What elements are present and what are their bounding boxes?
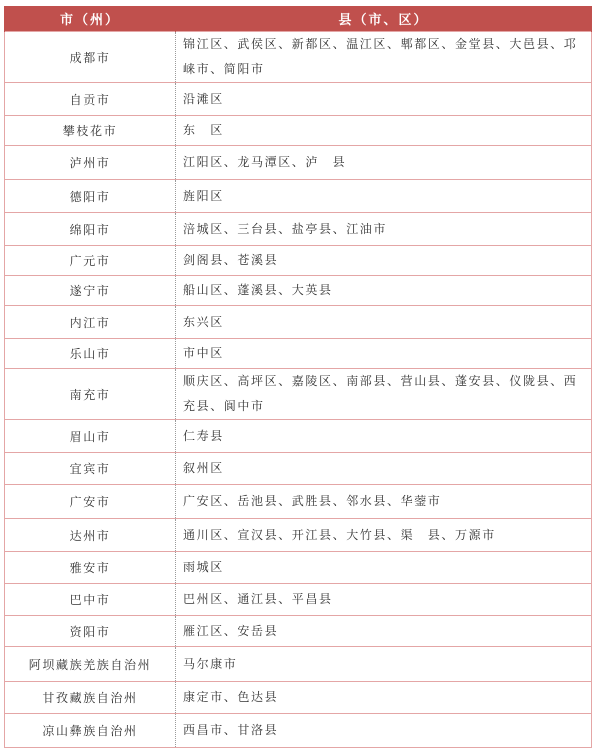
- city-cell: 眉山市: [5, 420, 176, 453]
- table-row: 南充市 顺庆区、高坪区、嘉陵区、南部县、营山县、蓬安县、仪陇县、西充县、阆中市: [5, 369, 592, 420]
- header-counties: 县（市、区）: [176, 6, 592, 32]
- counties-cell: 旌阳区: [176, 180, 592, 213]
- header-city: 市（州）: [5, 6, 176, 32]
- city-cell: 绵阳市: [5, 213, 176, 246]
- city-cell: 资阳市: [5, 616, 176, 647]
- city-cell: 泸州市: [5, 146, 176, 180]
- counties-cell: 顺庆区、高坪区、嘉陵区、南部县、营山县、蓬安县、仪陇县、西充县、阆中市: [176, 369, 592, 420]
- counties-cell: 通川区、宣汉县、开江县、大竹县、渠 县、万源市: [176, 519, 592, 552]
- city-cell: 成都市: [5, 32, 176, 83]
- table-row: 遂宁市 船山区、蓬溪县、大英县: [5, 276, 592, 306]
- city-cell: 广元市: [5, 246, 176, 276]
- counties-cell: 康定市、色达县: [176, 682, 592, 714]
- counties-cell: 船山区、蓬溪县、大英县: [176, 276, 592, 306]
- city-cell: 遂宁市: [5, 276, 176, 306]
- city-county-table: 市（州） 县（市、区） 成都市 锦江区、武侯区、新都区、温江区、郫都区、金堂县、…: [4, 6, 592, 748]
- city-cell: 自贡市: [5, 83, 176, 116]
- counties-cell: 雨城区: [176, 552, 592, 584]
- counties-cell: 锦江区、武侯区、新都区、温江区、郫都区、金堂县、大邑县、邛崃市、简阳市: [176, 32, 592, 83]
- table-row: 凉山彝族自治州 西昌市、甘洛县: [5, 714, 592, 748]
- city-cell: 达州市: [5, 519, 176, 552]
- counties-cell: 东兴区: [176, 306, 592, 339]
- table-row: 绵阳市 涪城区、三台县、盐亭县、江油市: [5, 213, 592, 246]
- counties-cell: 叙州区: [176, 453, 592, 485]
- table-row: 内江市 东兴区: [5, 306, 592, 339]
- city-cell: 广安市: [5, 485, 176, 519]
- table-row: 攀枝花市 东 区: [5, 116, 592, 146]
- table-row: 资阳市 雁江区、安岳县: [5, 616, 592, 647]
- counties-cell: 江阳区、龙马潭区、泸 县: [176, 146, 592, 180]
- table-row: 德阳市 旌阳区: [5, 180, 592, 213]
- table-row: 广安市 广安区、岳池县、武胜县、邻水县、华蓥市: [5, 485, 592, 519]
- counties-cell: 剑阁县、苍溪县: [176, 246, 592, 276]
- counties-cell: 马尔康市: [176, 647, 592, 682]
- counties-cell: 涪城区、三台县、盐亭县、江油市: [176, 213, 592, 246]
- table-row: 泸州市 江阳区、龙马潭区、泸 县: [5, 146, 592, 180]
- table-row: 广元市 剑阁县、苍溪县: [5, 246, 592, 276]
- city-cell: 南充市: [5, 369, 176, 420]
- table-row: 阿坝藏族羌族自治州 马尔康市: [5, 647, 592, 682]
- table-row: 雅安市 雨城区: [5, 552, 592, 584]
- header-row: 市（州） 县（市、区）: [5, 6, 592, 32]
- table-row: 自贡市 沿滩区: [5, 83, 592, 116]
- city-county-table-container: 市（州） 县（市、区） 成都市 锦江区、武侯区、新都区、温江区、郫都区、金堂县、…: [4, 6, 591, 748]
- counties-cell: 沿滩区: [176, 83, 592, 116]
- table-row: 眉山市 仁寿县: [5, 420, 592, 453]
- city-cell: 阿坝藏族羌族自治州: [5, 647, 176, 682]
- city-cell: 乐山市: [5, 339, 176, 369]
- counties-cell: 仁寿县: [176, 420, 592, 453]
- table-row: 宜宾市 叙州区: [5, 453, 592, 485]
- table-row: 甘孜藏族自治州 康定市、色达县: [5, 682, 592, 714]
- table-body: 成都市 锦江区、武侯区、新都区、温江区、郫都区、金堂县、大邑县、邛崃市、简阳市 …: [5, 32, 592, 748]
- counties-cell: 雁江区、安岳县: [176, 616, 592, 647]
- counties-cell: 市中区: [176, 339, 592, 369]
- counties-cell: 巴州区、通江县、平昌县: [176, 584, 592, 616]
- table-header: 市（州） 县（市、区）: [5, 6, 592, 32]
- table-row: 成都市 锦江区、武侯区、新都区、温江区、郫都区、金堂县、大邑县、邛崃市、简阳市: [5, 32, 592, 83]
- table-row: 达州市 通川区、宣汉县、开江县、大竹县、渠 县、万源市: [5, 519, 592, 552]
- table-row: 巴中市 巴州区、通江县、平昌县: [5, 584, 592, 616]
- city-cell: 雅安市: [5, 552, 176, 584]
- city-cell: 德阳市: [5, 180, 176, 213]
- city-cell: 宜宾市: [5, 453, 176, 485]
- city-cell: 甘孜藏族自治州: [5, 682, 176, 714]
- city-cell: 攀枝花市: [5, 116, 176, 146]
- table-row: 乐山市 市中区: [5, 339, 592, 369]
- counties-cell: 广安区、岳池县、武胜县、邻水县、华蓥市: [176, 485, 592, 519]
- city-cell: 内江市: [5, 306, 176, 339]
- city-cell: 巴中市: [5, 584, 176, 616]
- counties-cell: 东 区: [176, 116, 592, 146]
- city-cell: 凉山彝族自治州: [5, 714, 176, 748]
- counties-cell: 西昌市、甘洛县: [176, 714, 592, 748]
